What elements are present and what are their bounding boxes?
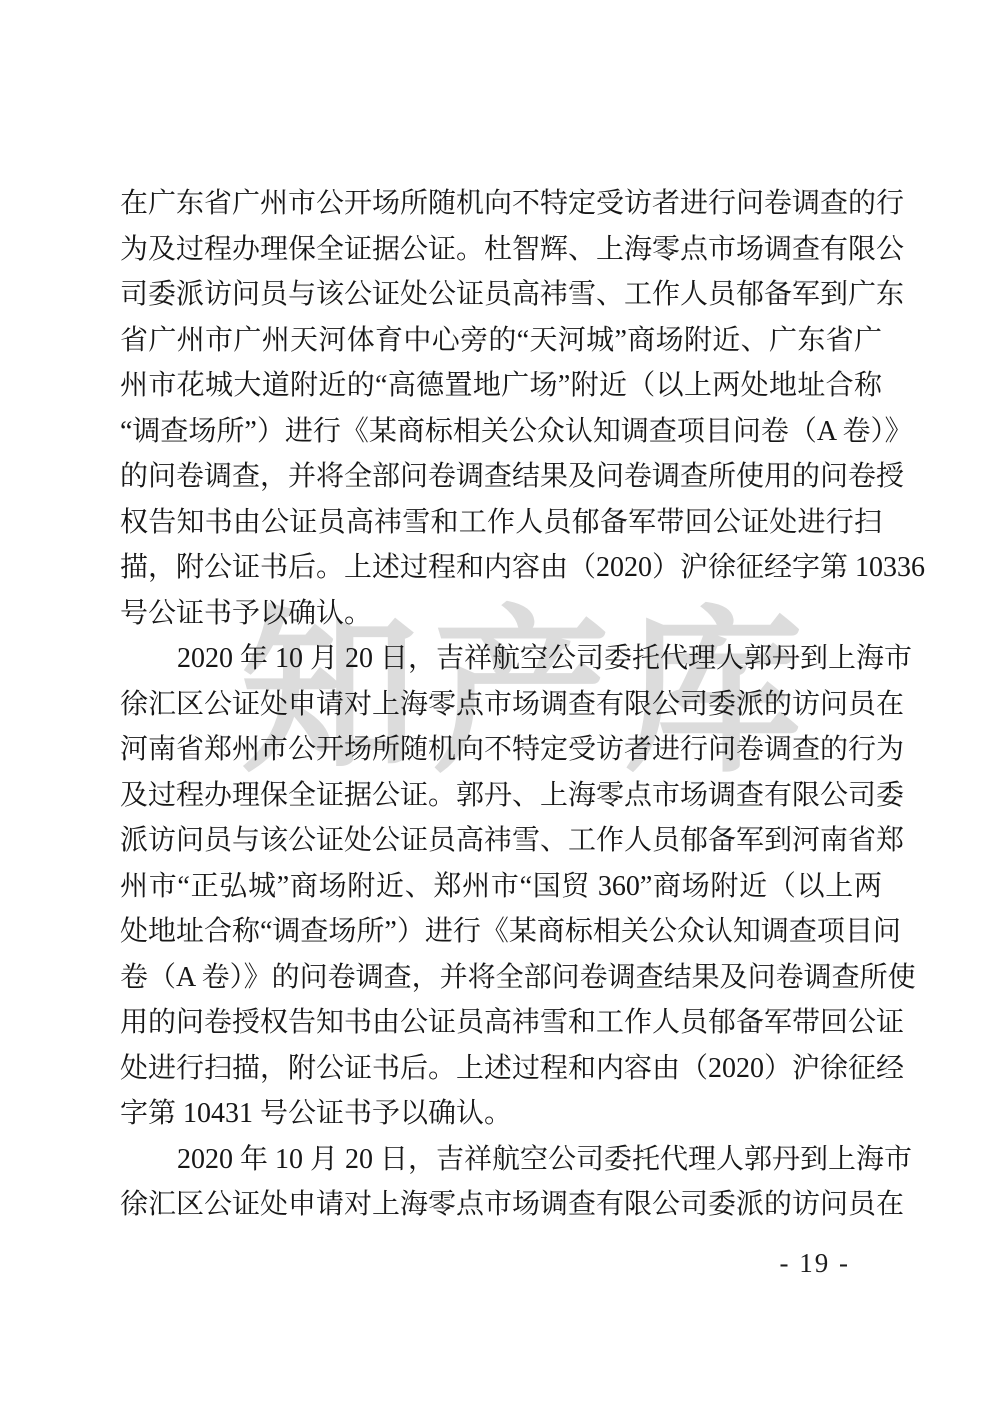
text-line: 为及过程办理保全证据公证。杜智辉、上海零点市场调查有限公 — [120, 227, 882, 273]
text-line: 号公证书予以确认。 — [120, 591, 882, 637]
text-line: “调查场所”）进行《某商标相关公众认知调查项目问卷（A 卷）》 — [120, 409, 882, 455]
document-page: 知产库 在广东省广州市公开场所随机向不特定受访者进行问卷调查的行 为及过程办理保… — [0, 0, 1000, 1414]
text-line: 在广东省广州市公开场所随机向不特定受访者进行问卷调查的行 — [120, 181, 882, 227]
text-line: 用的问卷授权告知书由公证员高祎雪和工作人员郁备军带回公证 — [120, 1000, 882, 1046]
text-line: 处地址合称“调查场所”）进行《某商标相关公众认知调查项目问 — [120, 909, 882, 955]
body-text-block: 在广东省广州市公开场所随机向不特定受访者进行问卷调查的行 为及过程办理保全证据公… — [120, 181, 882, 1228]
page-number: - 19 - — [780, 1246, 850, 1280]
text-line: 2020 年 10 月 20 日，吉祥航空公司委托代理人郭丹到上海市 — [120, 1137, 882, 1183]
text-line: 河南省郑州市公开场所随机向不特定受访者进行问卷调查的行为 — [120, 727, 882, 773]
text-line: 字第 10431 号公证书予以确认。 — [120, 1091, 882, 1137]
text-line: 2020 年 10 月 20 日，吉祥航空公司委托代理人郭丹到上海市 — [120, 636, 882, 682]
text-line: 徐汇区公证处申请对上海零点市场调查有限公司委派的访问员在 — [120, 1182, 882, 1228]
text-line: 的问卷调查，并将全部问卷调查结果及问卷调查所使用的问卷授 — [120, 454, 882, 500]
text-line: 卷（A 卷）》的问卷调查，并将全部问卷调查结果及问卷调查所使 — [120, 955, 882, 1001]
text-line: 派访问员与该公证处公证员高祎雪、工作人员郁备军到河南省郑 — [120, 818, 882, 864]
text-line: 处进行扫描，附公证书后。上述过程和内容由（2020）沪徐征经 — [120, 1046, 882, 1092]
text-line: 描，附公证书后。上述过程和内容由（2020）沪徐征经字第 10336 — [120, 545, 882, 591]
text-line: 州市花城大道附近的“高德置地广场”附近（以上两处地址合称 — [120, 363, 882, 409]
text-line: 州市“正弘城”商场附近、郑州市“国贸 360”商场附近（以上两 — [120, 864, 882, 910]
text-line: 徐汇区公证处申请对上海零点市场调查有限公司委派的访问员在 — [120, 682, 882, 728]
text-line: 司委派访问员与该公证处公证员高祎雪、工作人员郁备军到广东 — [120, 272, 882, 318]
text-line: 及过程办理保全证据公证。郭丹、上海零点市场调查有限公司委 — [120, 773, 882, 819]
text-line: 权告知书由公证员高祎雪和工作人员郁备军带回公证处进行扫 — [120, 500, 882, 546]
text-line: 省广州市广州天河体育中心旁的“天河城”商场附近、广东省广 — [120, 318, 882, 364]
